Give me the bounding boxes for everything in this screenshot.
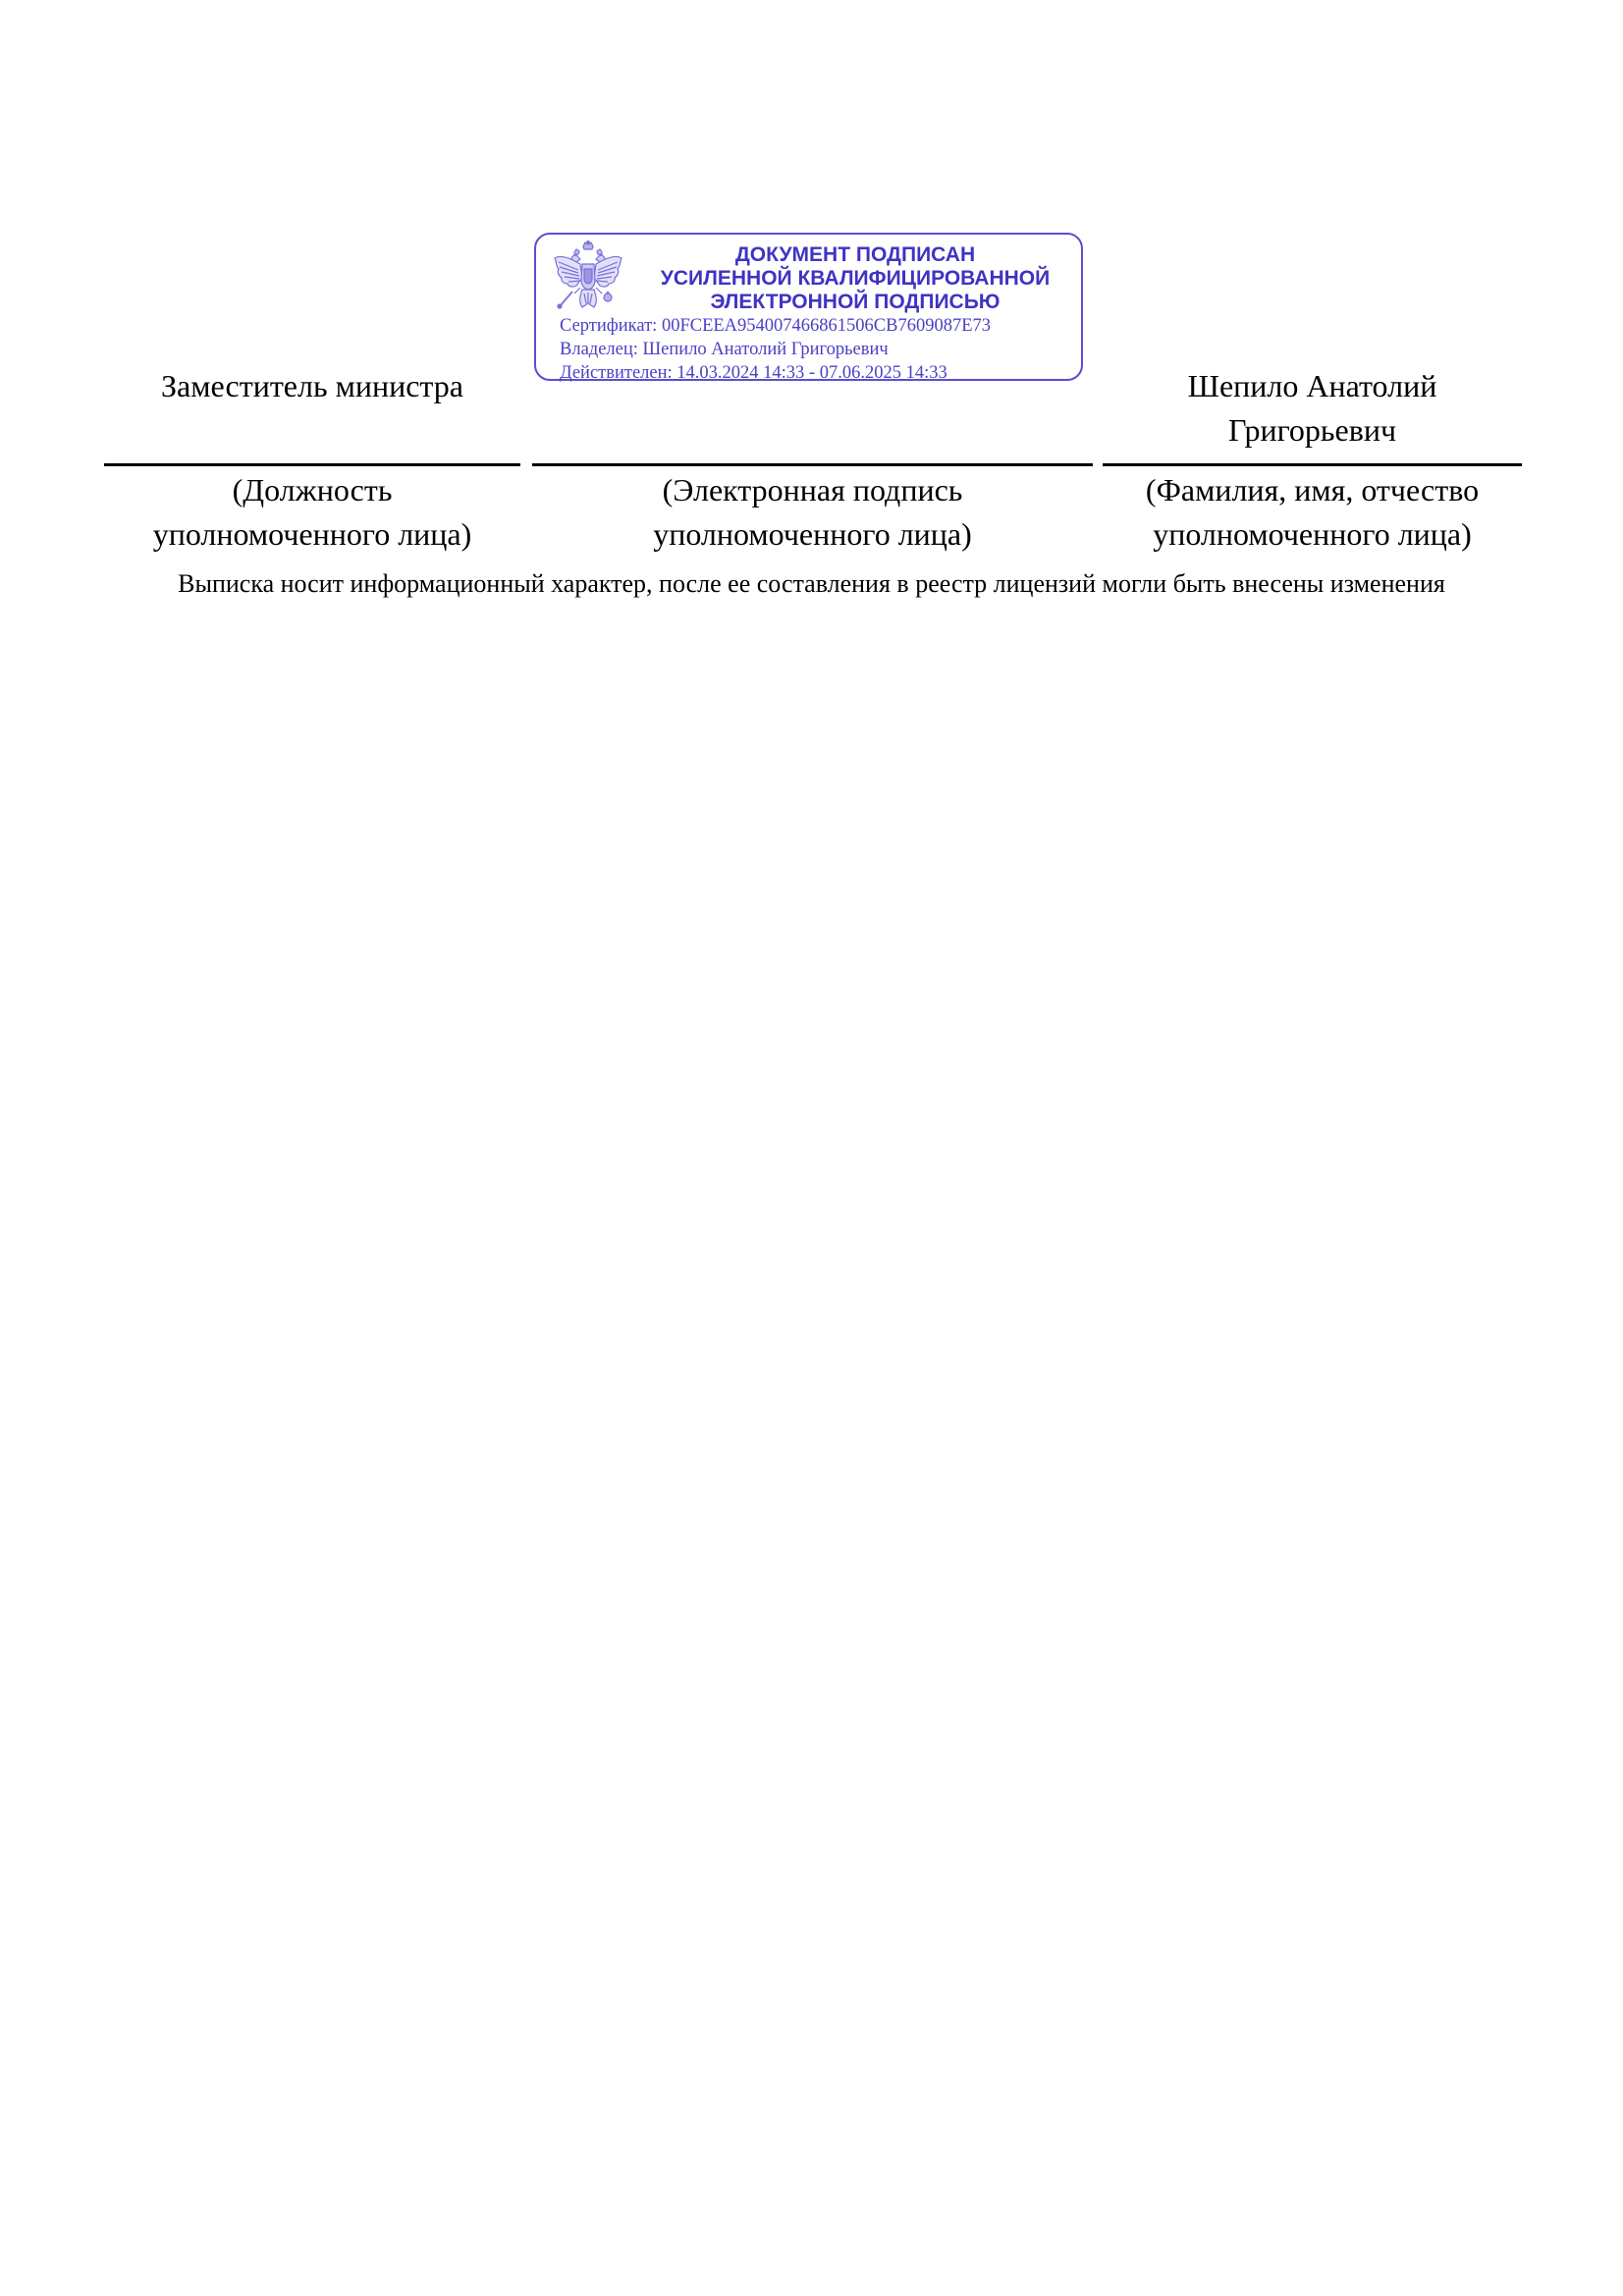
caption-line: уполномоченного лица)	[104, 512, 520, 557]
certificate-owner: Владелец: Шепило Анатолий Григорьевич	[560, 338, 991, 361]
signature-caption: (Электронная подпись уполномоченного лиц…	[532, 468, 1093, 557]
stamp-heading-line: УСИЛЕННОЙ КВАЛИФИЦИРОВАННОЙ	[629, 267, 1081, 291]
caption-line: уполномоченного лица)	[532, 512, 1093, 557]
name-caption: (Фамилия, имя, отчество уполномоченного …	[1103, 468, 1522, 557]
signer-position-value: Заместитель министра	[104, 364, 520, 408]
signer-name: Шепило Анатолий Григорьевич	[1103, 364, 1522, 453]
position-underline	[104, 463, 520, 466]
coat-of-arms-icon	[551, 240, 625, 313]
signer-name-line: Григорьевич	[1103, 408, 1522, 453]
signer-name-line: Шепило Анатолий	[1103, 364, 1522, 408]
certificate-number: Сертификат: 00FCEEA954007466861506CB7609…	[560, 314, 991, 338]
certificate-validity: Действителен: 14.03.2024 14:33 - 07.06.2…	[560, 361, 991, 385]
caption-line: уполномоченного лица)	[1103, 512, 1522, 557]
stamp-heading: ДОКУМЕНТ ПОДПИСАН УСИЛЕННОЙ КВАЛИФИЦИРОВ…	[629, 243, 1081, 314]
stamp-details: Сертификат: 00FCEEA954007466861506CB7609…	[560, 314, 991, 385]
caption-line: (Должность	[104, 468, 520, 512]
name-underline	[1103, 463, 1522, 466]
caption-line: (Электронная подпись	[532, 468, 1093, 512]
disclaimer-note: Выписка носит информационный характер, п…	[0, 569, 1623, 599]
electronic-signature-stamp: ДОКУМЕНТ ПОДПИСАН УСИЛЕННОЙ КВАЛИФИЦИРОВ…	[534, 233, 1083, 381]
stamp-heading-line: ЭЛЕКТРОННОЙ ПОДПИСЬЮ	[629, 291, 1081, 314]
position-caption: (Должность уполномоченного лица)	[104, 468, 520, 557]
caption-line: (Фамилия, имя, отчество	[1103, 468, 1522, 512]
signature-underline	[532, 463, 1093, 466]
stamp-heading-line: ДОКУМЕНТ ПОДПИСАН	[629, 243, 1081, 267]
signer-position: Заместитель министра	[104, 364, 520, 408]
